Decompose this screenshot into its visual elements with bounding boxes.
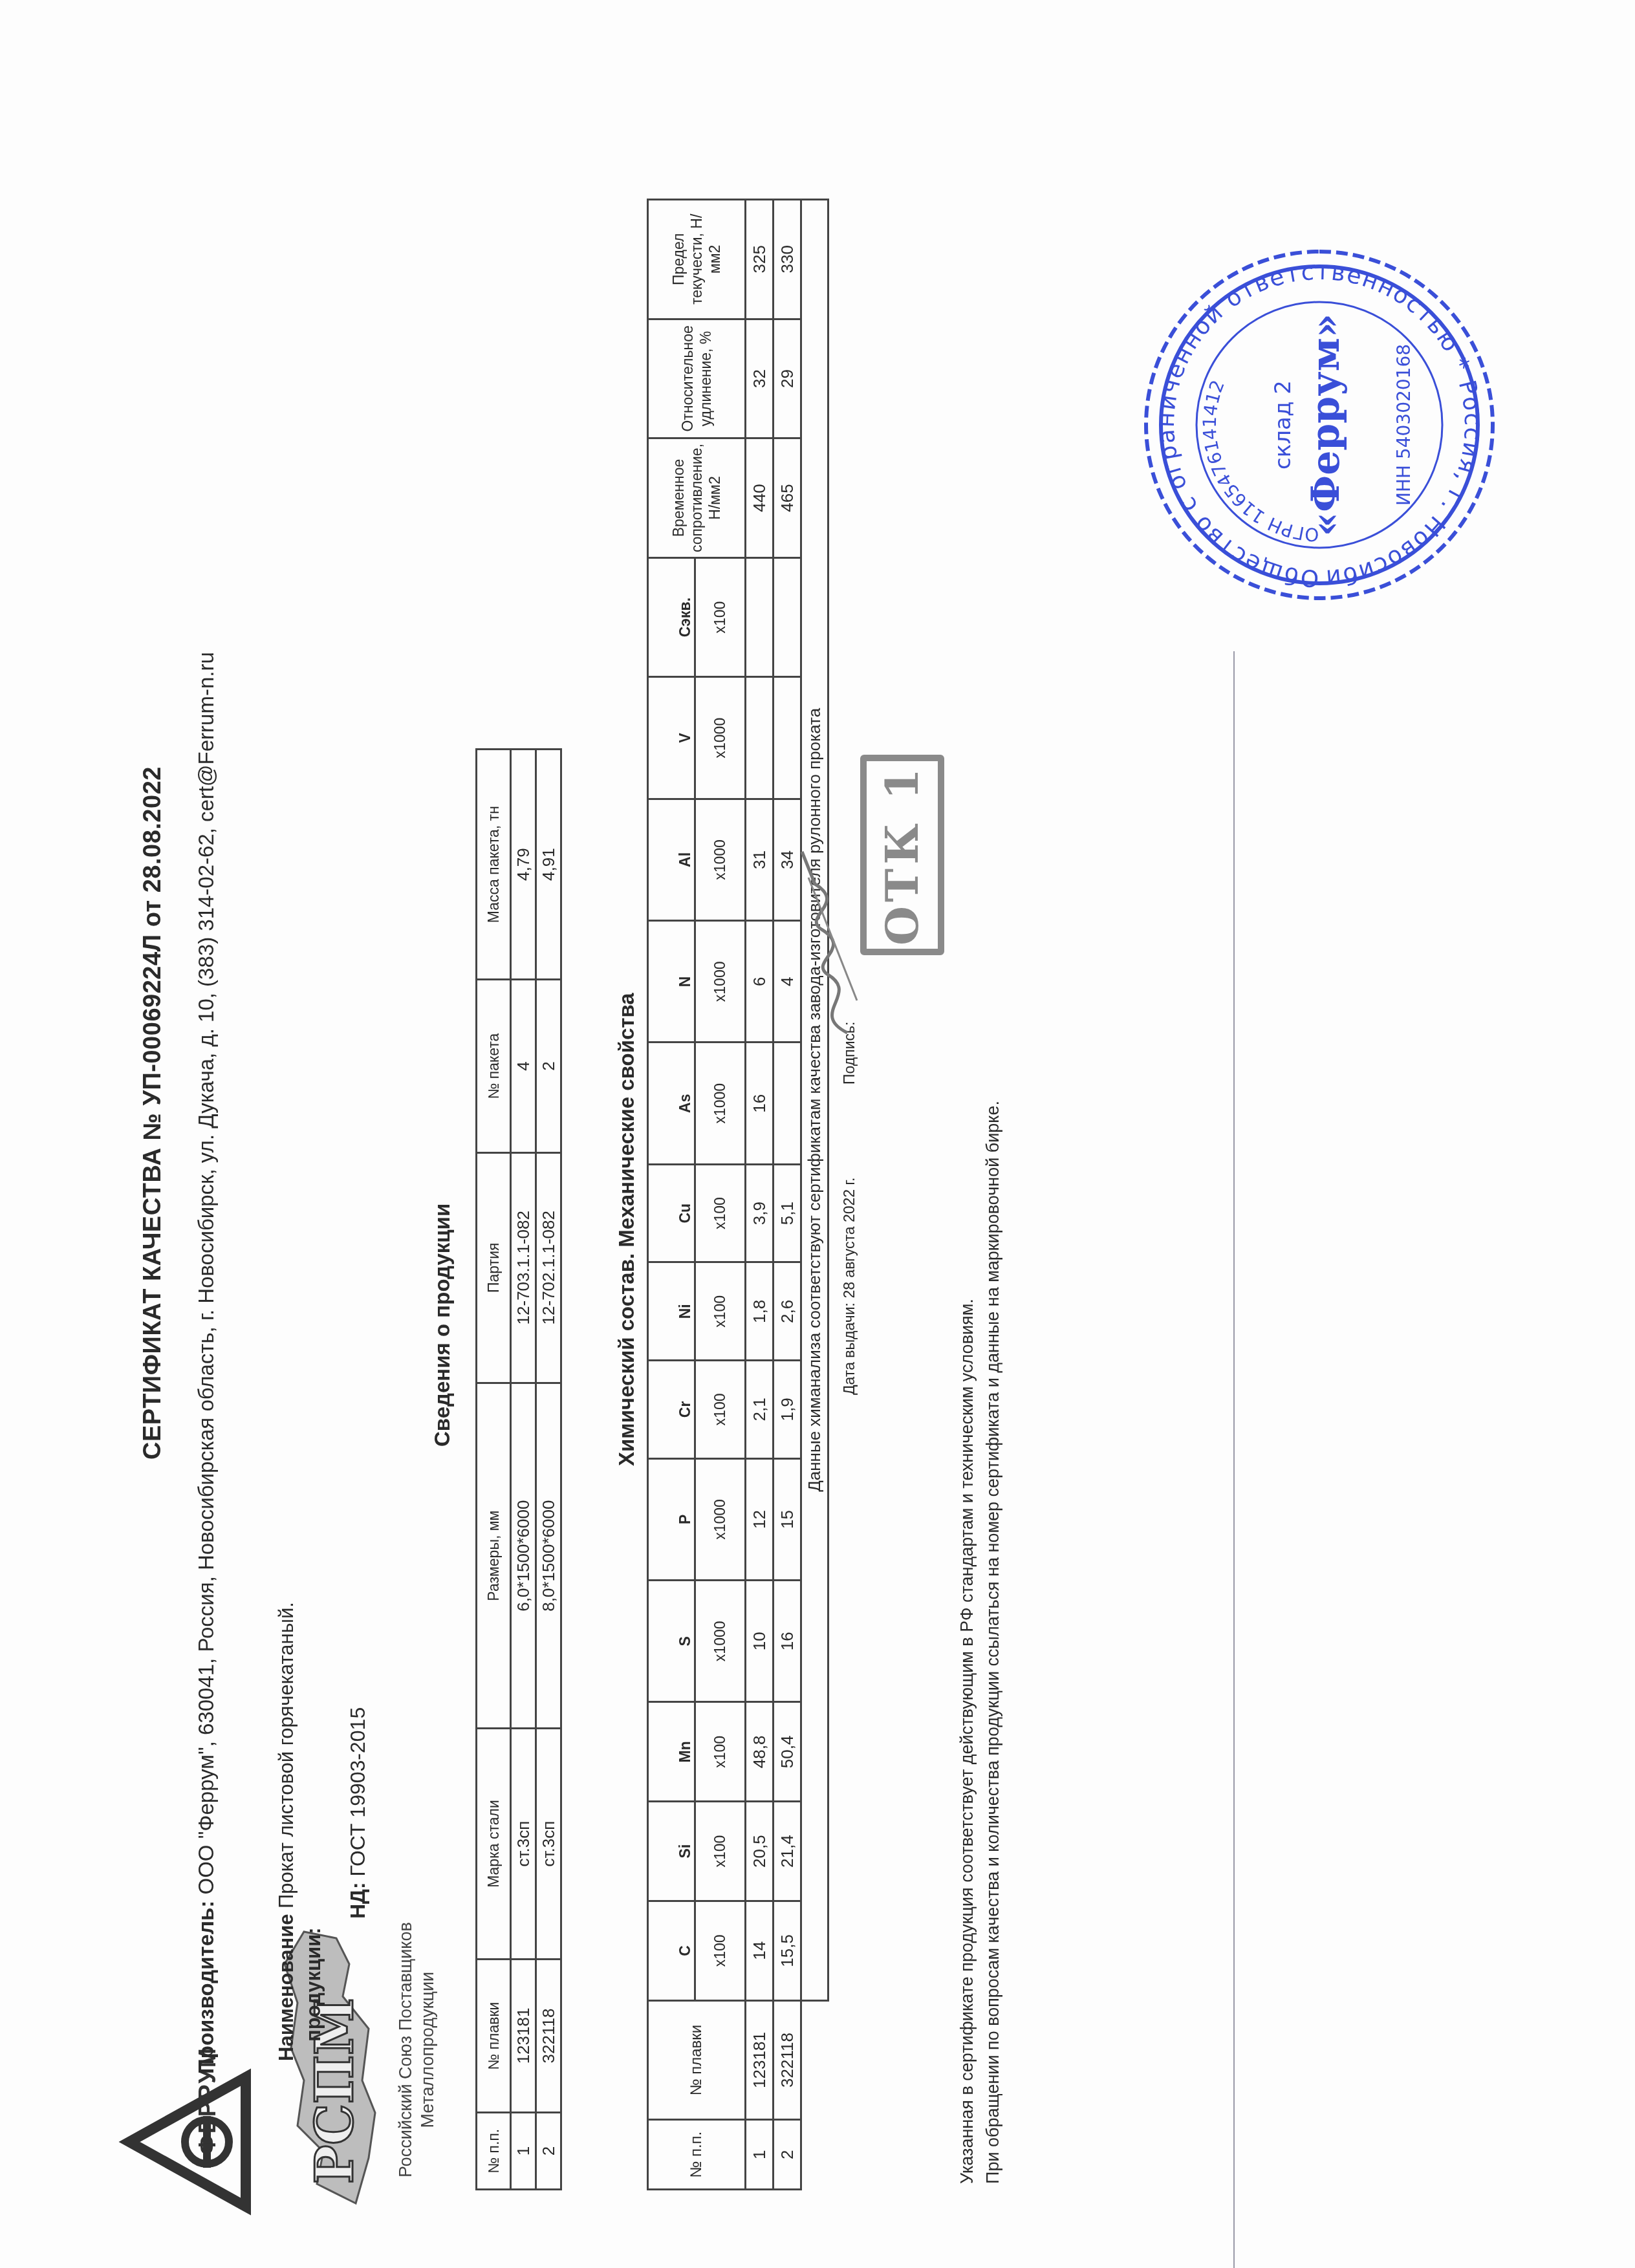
info-col-header: Масса пакета, тн — [477, 750, 511, 980]
svg-text:ОГРН 1165476141412: ОГРН 1165476141412 — [1199, 377, 1320, 545]
certificate-title: СЕРТИФИКАТ КАЧЕСТВА № УП-00069224Л от 28… — [139, 766, 167, 1460]
element-header: Si — [648, 1802, 695, 1901]
rspm-caption-line1: Российский Союз Поставщиков — [395, 1922, 417, 2177]
info-col-header: Марка стали — [477, 1729, 511, 1959]
chem-cell-value — [746, 677, 774, 799]
chem-cell-value: 12 — [746, 1458, 774, 1580]
product-info-table: № п.п.№ плавкиМарка сталиРазмеры, ммПарт… — [475, 748, 562, 2190]
info-cell: 4,91 — [536, 750, 561, 980]
info-col-header: Размеры, мм — [477, 1383, 511, 1728]
chemistry-table: № п.п.№ плавкиCSiMnSPCrNiCuAsNAlVСэкв.Вр… — [647, 199, 829, 2190]
element-header: Cr — [648, 1361, 695, 1459]
element-multiplier: x1000 — [695, 1458, 746, 1580]
svg-text:«Феррум»: «Феррум» — [1303, 314, 1348, 537]
info-cell: 4,79 — [511, 750, 536, 980]
chem-cell-value: 1,8 — [746, 1262, 774, 1361]
info-cell: 2 — [536, 2113, 561, 2190]
mech-cell-value: 29 — [774, 319, 801, 438]
element-header: Cu — [648, 1164, 695, 1262]
chem-cell-value: 50,4 — [774, 1702, 801, 1802]
chem-cell-value: 20,5 — [746, 1802, 774, 1901]
product-name-label-2: продукции: — [302, 1928, 325, 2042]
element-multiplier: x100 — [695, 557, 746, 677]
element-multiplier: x100 — [695, 1901, 746, 2000]
chem-cell-value: 14 — [746, 1901, 774, 2000]
chem-cell-value — [774, 677, 801, 799]
rspm-caption-line2: Металлопродукции — [417, 1922, 439, 2177]
chem-cell-pp: 1 — [746, 2120, 774, 2190]
info-cell: ст.3сп — [511, 1729, 536, 1959]
chem-cell-value: 6 — [746, 921, 774, 1042]
info-col-header: Партия — [477, 1152, 511, 1383]
element-header: Ni — [648, 1262, 695, 1361]
element-header: S — [648, 1581, 695, 1702]
producer-line: Производитель: ООО "Феррум", 630041, Рос… — [194, 652, 219, 2074]
chem-cell-value: 16 — [746, 1042, 774, 1164]
info-cell: 123181 — [511, 1959, 536, 2113]
chem-note: Данные химанализа соответствуют сертифик… — [801, 200, 828, 2001]
element-header: Mn — [648, 1702, 695, 1802]
chem-cell-value: 10 — [746, 1581, 774, 1702]
info-cell: 6,0*1500*6000 — [511, 1383, 536, 1728]
info-col-header: № пакета — [477, 980, 511, 1152]
mech-cell-value: 330 — [774, 200, 801, 319]
table-row: 232211815,521,450,416151,92,65,143446529… — [774, 200, 801, 2190]
table-row: 1123181ст.3сп6,0*1500*600012-703.1.1-082… — [511, 750, 536, 2190]
nd-value: ГОСТ 19903-2015 — [346, 1707, 369, 1877]
signature-icon — [796, 845, 867, 1039]
chem-cell-value: 21,4 — [774, 1802, 801, 1901]
producer-value: ООО "Феррум", 630041, Россия, Новосибирс… — [194, 652, 218, 1894]
nd-label: НД: — [346, 1882, 369, 1919]
info-cell: ст.3сп — [536, 1729, 561, 1959]
chem-cell-value: 15,5 — [774, 1901, 801, 2000]
issue-date: Дата выдачи: 28 августа 2022 г. — [841, 1178, 858, 1396]
chem-cell-value — [746, 557, 774, 677]
certificate-page: ФЕРРУМ РСПМ Российский Союз Поставщиков … — [0, 0, 1635, 2268]
mech-cell-value: 32 — [746, 319, 774, 438]
chem-cell-value: 2,1 — [746, 1361, 774, 1459]
product-name-label: Наименование — [275, 1914, 298, 2061]
product-info-title: Сведения о продукции — [430, 1204, 455, 1447]
mech-header: Относительное удлинение, % — [648, 319, 746, 438]
otk-stamp: ОТК 1 — [860, 755, 944, 955]
chem-cell-pp: 2 — [774, 2120, 801, 2190]
chem-cell-value: 48,8 — [746, 1702, 774, 1802]
company-seal-stamp: Общество с ограниченной ответственностью… — [1138, 244, 1500, 606]
element-multiplier: x1000 — [695, 1581, 746, 1702]
element-header: V — [648, 677, 695, 799]
info-cell: 1 — [511, 2113, 536, 2190]
table-row: 11231811420,548,810122,11,83,91663144032… — [746, 200, 774, 2190]
element-multiplier: x1000 — [695, 799, 746, 920]
chem-cell-value: 31 — [746, 799, 774, 920]
ferrum-logo-icon — [110, 2032, 259, 2219]
mech-cell-value: 465 — [774, 438, 801, 558]
info-cell: 12-702.1.1-082 — [536, 1152, 561, 1383]
element-multiplier: x100 — [695, 1361, 746, 1459]
mech-cell-value: 440 — [746, 438, 774, 558]
otk-stamp-text: ОТК 1 — [867, 761, 938, 949]
chem-cell-value: 2,6 — [774, 1262, 801, 1361]
svg-text:ИНН 5403020168: ИНН 5403020168 — [1393, 344, 1414, 506]
chem-cell-value: 5,1 — [774, 1164, 801, 1262]
element-header: N — [648, 921, 695, 1042]
chem-col-heat: № плавки — [648, 2000, 746, 2120]
element-multiplier: x1000 — [695, 921, 746, 1042]
info-cell: 322118 — [536, 1959, 561, 2113]
element-multiplier: x100 — [695, 1802, 746, 1901]
producer-label: Производитель: — [194, 1901, 218, 2074]
chem-cell-heat: 123181 — [746, 2000, 774, 2120]
note-blank — [801, 2000, 828, 2189]
scan-edge-line — [1233, 651, 1235, 2268]
element-header: C — [648, 1901, 695, 2000]
chem-cell-value — [774, 1042, 801, 1164]
element-multiplier: x100 — [695, 1262, 746, 1361]
chem-cell-value — [774, 557, 801, 677]
chem-cell-value: 15 — [774, 1458, 801, 1580]
nd-line: НД: ГОСТ 19903-2015 — [346, 1707, 370, 1919]
element-multiplier: x1000 — [695, 677, 746, 799]
mech-cell-value: 325 — [746, 200, 774, 319]
chem-cell-value: 1,9 — [774, 1361, 801, 1459]
element-header: P — [648, 1458, 695, 1580]
mech-header: Временное сопротивление, Н/мм2 — [648, 438, 746, 558]
product-name-value: Прокат листовой горячекатаный. — [275, 1602, 298, 1908]
info-cell: 2 — [536, 980, 561, 1152]
product-name-line: Наименование Прокат листовой горячекатан… — [275, 1602, 298, 2061]
info-cell: 4 — [511, 980, 536, 1152]
rspm-caption: Российский Союз Поставщиков Металлопроду… — [395, 1922, 439, 2177]
info-cell: 8,0*1500*6000 — [536, 1383, 561, 1728]
chem-cell-value: 3,9 — [746, 1164, 774, 1262]
info-col-header: № плавки — [477, 1959, 511, 2113]
mech-header: Предел текучести, Н/мм2 — [648, 200, 746, 319]
note-row: Данные химанализа соответствуют сертифик… — [801, 200, 828, 2190]
table-row: 2322118ст.3сп8,0*1500*600012-702.1.1-082… — [536, 750, 561, 2190]
element-header: Al — [648, 799, 695, 920]
element-header: As — [648, 1042, 695, 1164]
chem-cell-value: 16 — [774, 1581, 801, 1702]
element-multiplier: x1000 — [695, 1042, 746, 1164]
chem-cell-heat: 322118 — [774, 2000, 801, 2120]
footer-compliance-note: Указанная в сертификате продукция соотве… — [957, 1299, 977, 2184]
element-header: Сэкв. — [648, 557, 695, 677]
svg-text:склад 2: склад 2 — [1270, 380, 1296, 470]
footer-contact-note: При обращении по вопросам качества и кол… — [983, 1101, 1003, 2184]
chem-col-pp: № п.п. — [648, 2120, 746, 2190]
info-col-header: № п.п. — [477, 2113, 511, 2190]
info-cell: 12-703.1.1-082 — [511, 1152, 536, 1383]
element-multiplier: x100 — [695, 1702, 746, 1802]
element-multiplier: x100 — [695, 1164, 746, 1262]
chemistry-title: Химический состав. Механические свойства — [614, 993, 639, 1466]
